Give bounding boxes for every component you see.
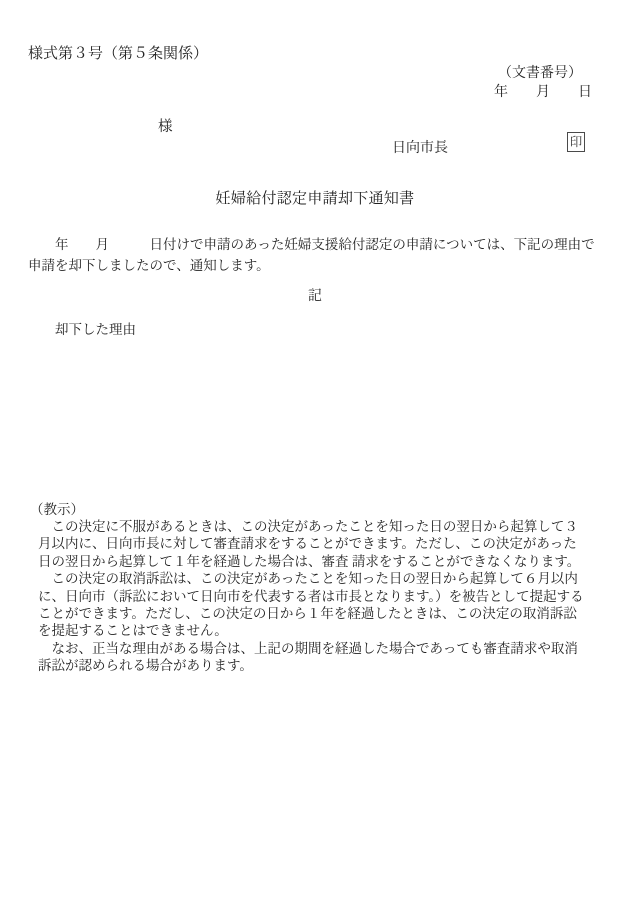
notification-body-paragraph: 年 月 日付けで申請のあった妊婦支援給付認定の申請については、下記の理由で 申請… bbox=[28, 234, 595, 276]
rejection-reason-label: 却下した理由 bbox=[55, 318, 136, 338]
section-marker-ki: 記 bbox=[0, 285, 630, 305]
sender-title: 日向市長 bbox=[392, 137, 448, 157]
official-seal-mark: 印 bbox=[567, 132, 585, 152]
appeal-notice-heading: （教示） bbox=[30, 501, 84, 518]
document-title: 妊婦給付認定申請却下通知書 bbox=[0, 187, 630, 208]
appeal-notice-body: この決定に不服があるときは、この決定があったことを知った日の翌日から起算して３ … bbox=[38, 518, 584, 675]
addressee-honorific: 様 bbox=[158, 115, 173, 136]
form-number: 様式第３号（第５条関係） bbox=[28, 42, 208, 63]
date-line: 年 月 日 bbox=[494, 81, 592, 101]
document-page: 様式第３号（第５条関係） （文書番号） 年 月 日 様 日向市長 印 妊婦給付認… bbox=[0, 0, 630, 903]
document-number-label: （文書番号） bbox=[498, 62, 582, 82]
